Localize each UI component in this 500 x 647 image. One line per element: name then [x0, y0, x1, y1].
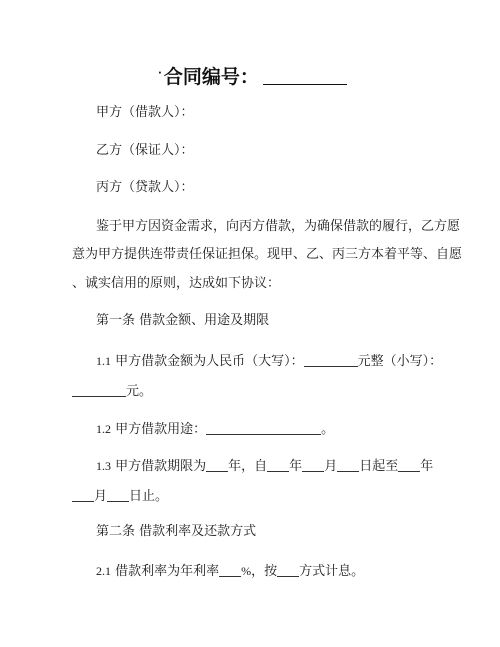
- year-label: 年: [228, 459, 241, 474]
- clause-1-3-number: 1.3: [96, 459, 111, 473]
- clause-1-3: 1.3 甲方借款期限为年，自年月日起至年: [96, 457, 433, 475]
- party-a-label: 甲方（借款人）：: [96, 105, 194, 121]
- interest-method-blank[interactable]: [277, 562, 299, 577]
- article-2-heading: 第二条 借款利率及还款方式: [96, 524, 256, 540]
- party-c-label: 丙方（贷款人）：: [96, 180, 194, 196]
- clause-1-2-text: 甲方借款用途：: [111, 422, 206, 437]
- start-day-blank[interactable]: [337, 457, 359, 472]
- clause-1-2-text-b: 。: [321, 422, 334, 437]
- contract-number-label: 合同编号：: [164, 66, 259, 88]
- preamble-line-2: 意为甲方提供连带责任保证担保。现甲、乙、丙三方本着平等、自愿: [72, 247, 462, 263]
- clause-1-2: 1.2 甲方借款用途：。: [96, 420, 334, 438]
- month-label: 月: [324, 459, 337, 474]
- title-dot: ·: [158, 68, 162, 79]
- start-month-blank[interactable]: [302, 457, 324, 472]
- party-b-label: 乙方（保证人）：: [96, 143, 194, 159]
- clause-2-1-number: 2.1: [96, 564, 111, 578]
- year-label: 年: [420, 459, 433, 474]
- contract-number-blank[interactable]: [263, 84, 347, 85]
- month-label: 月: [94, 489, 107, 504]
- clause-2-1: 2.1 借款利率为年利率%，按方式计息。: [96, 562, 364, 580]
- interest-rate-blank[interactable]: [219, 562, 241, 577]
- clause-1-2-number: 1.2: [96, 422, 111, 436]
- clause-1-1-text-b: 元整（小写）：: [358, 354, 443, 369]
- contract-number-title: ·合同编号：: [158, 62, 347, 89]
- clause-1-3-text: 甲方借款期限为: [111, 459, 206, 474]
- percent-label: %: [241, 564, 251, 578]
- from-label: ，自: [241, 459, 267, 474]
- day-end-label: 日止。: [129, 489, 168, 504]
- clause-2-1-text-c: 方式计息。: [299, 564, 364, 579]
- end-month-blank[interactable]: [72, 487, 94, 502]
- clause-2-1-text-b: ，按: [251, 564, 277, 579]
- start-year-blank[interactable]: [267, 457, 289, 472]
- purpose-blank[interactable]: [206, 420, 321, 435]
- clause-1-1-number: 1.1: [96, 354, 111, 368]
- clause-2-1-text: 借款利率为年利率: [111, 564, 219, 579]
- amount-uppercase-blank[interactable]: [304, 352, 358, 367]
- day-to-label: 日起至: [359, 459, 398, 474]
- clause-1-1-text: 甲方借款金额为人民币（大写）：: [111, 354, 304, 369]
- preamble-line-3: 、诚实信用的原则，达成如下协议：: [72, 276, 280, 292]
- clause-1-3-cont: 月日止。: [72, 487, 168, 505]
- term-years-blank[interactable]: [206, 457, 228, 472]
- amount-lowercase-blank[interactable]: [72, 382, 126, 397]
- article-1-heading: 第一条 借款金额、用途及期限: [96, 313, 269, 329]
- preamble-line-1: 鉴于甲方因资金需求，向丙方借款，为确保借款的履行，乙方愿: [96, 219, 460, 235]
- end-day-blank[interactable]: [107, 487, 129, 502]
- clause-1-1-text-c: 元。: [126, 384, 152, 399]
- end-year-blank[interactable]: [398, 457, 420, 472]
- year-label: 年: [289, 459, 302, 474]
- clause-1-1-cont: 元。: [72, 382, 152, 400]
- clause-1-1: 1.1 甲方借款金额为人民币（大写）：元整（小写）：: [96, 352, 442, 370]
